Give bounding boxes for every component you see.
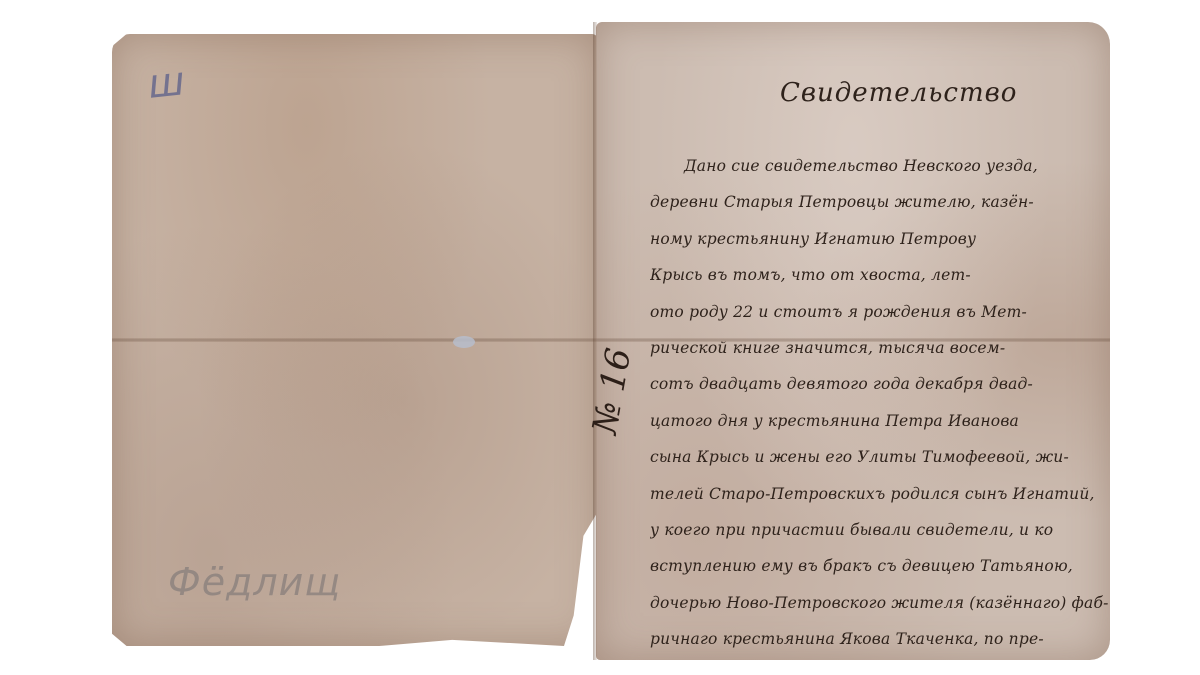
document-body: Дано сие свидетельство Невского уезда, д…	[650, 148, 1110, 657]
text-line: ото роду 22 и стоитъ я рождения въ Мет-	[650, 294, 1110, 330]
text-line: ричнаго крестьянина Якова Ткаченка, по п…	[650, 621, 1110, 657]
paper-hole	[453, 336, 475, 348]
vertical-fold-crease	[593, 22, 597, 660]
text-line: дочерью Ново-Петровского жителя (казённа…	[650, 585, 1110, 621]
text-line: сотъ двадцать девятого года декабря двад…	[650, 366, 1110, 402]
text-line: деревни Старыя Петровцы жителю, казён-	[650, 184, 1110, 220]
text-line: Крысь въ томъ, что от хвоста, лет-	[650, 257, 1110, 293]
text-line: цатого дня у крестьянина Петра Иванова	[650, 403, 1110, 439]
pencil-mark-top: ш	[146, 58, 187, 108]
text-line: рической книге значится, тысяча восем-	[650, 330, 1110, 366]
document-title: Свидетельство	[780, 78, 1017, 108]
text-line: Дано сие свидетельство Невского уезда,	[650, 148, 1110, 184]
text-line: ному крестьянину Игнатию Петрову	[650, 221, 1110, 257]
pencil-mark-bottom: Фёдлищ	[168, 560, 341, 604]
text-line: вступлению ему въ бракъ съ девицею Татья…	[650, 548, 1110, 584]
text-line: у коего при причастии бывали свидетели, …	[650, 512, 1110, 548]
text-line: телей Старо-Петровскихъ родился сынъ Игн…	[650, 476, 1110, 512]
text-line: сына Крысь и жены его Улиты Тимофеевой, …	[650, 439, 1110, 475]
